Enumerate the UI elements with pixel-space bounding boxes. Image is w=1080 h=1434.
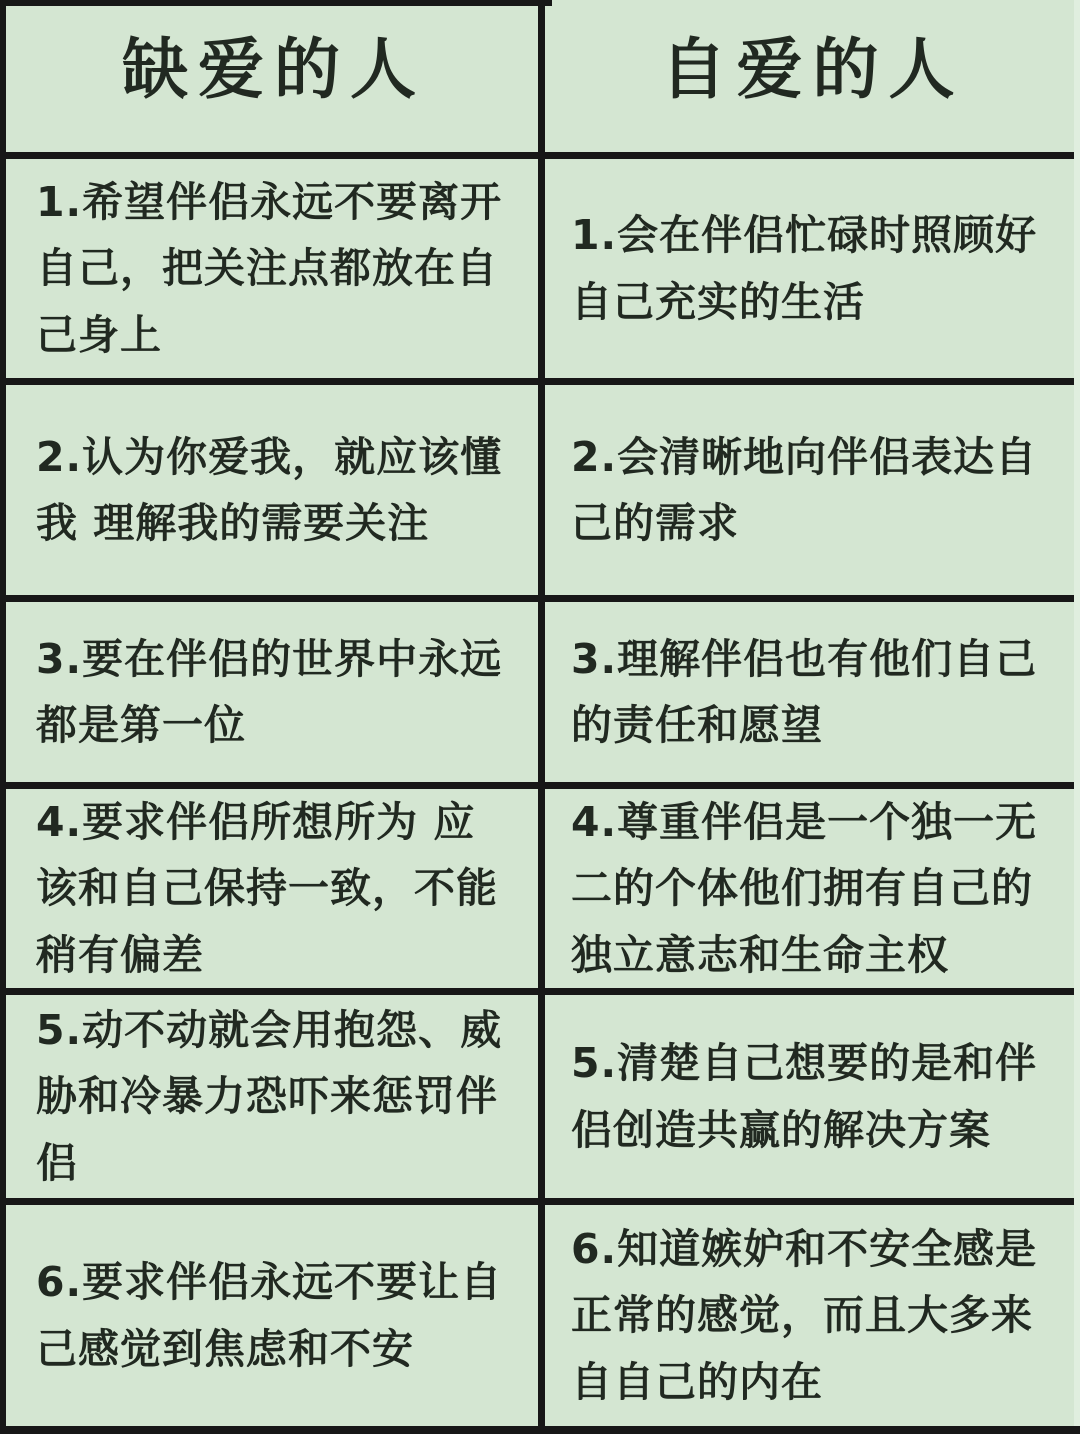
table-row-1: 1.希望伴侣永远不要离开自己，把关注点都放在自己身上 1.会在伴侣忙碌时照顾好自… [6, 152, 1080, 378]
cell-self-love-2: 2.会清晰地向伴侣表达自己的需求 [545, 385, 1080, 595]
cell-lacking-love-6-text: 6.要求伴侣永远不要让自己感觉到焦虑和不安 [36, 1249, 512, 1382]
cell-self-love-6: 6.知道嫉妒和不安全感是正常的感觉，而且大多来自自己的内在 [545, 1205, 1080, 1426]
cell-self-love-2-text: 2.会清晰地向伴侣表达自己的需求 [571, 424, 1054, 557]
cell-lacking-love-2: 2.认为你爱我，就应该懂我 理解我的需要关注 [6, 385, 545, 595]
cell-lacking-love-5: 5.动不动就会用抱怨、威胁和冷暴力恐吓来惩罚伴侣 [6, 995, 545, 1198]
table-row-5: 5.动不动就会用抱怨、威胁和冷暴力恐吓来惩罚伴侣 5.清楚自己想要的是和伴侣创造… [6, 988, 1080, 1198]
top-border-rule [6, 0, 552, 6]
table-row-2: 2.认为你爱我，就应该懂我 理解我的需要关注 2.会清晰地向伴侣表达自己的需求 [6, 378, 1080, 595]
cell-lacking-love-6: 6.要求伴侣永远不要让自己感觉到焦虑和不安 [6, 1205, 545, 1426]
cell-self-love-5: 5.清楚自己想要的是和伴侣创造共赢的解决方案 [545, 995, 1080, 1198]
cell-lacking-love-5-text: 5.动不动就会用抱怨、威胁和冷暴力恐吓来惩罚伴侣 [36, 997, 512, 1196]
cell-self-love-1-text: 1.会在伴侣忙碌时照顾好自己充实的生活 [571, 202, 1054, 335]
column-header-self-love: 自爱的人 [545, 0, 1080, 152]
header-row: 缺爱的人 自爱的人 [6, 0, 1080, 152]
cell-lacking-love-3: 3.要在伴侣的世界中永远都是第一位 [6, 602, 545, 782]
cell-self-love-4-text: 4.尊重伴侣是一个独一无二的个体他们拥有自己的独立意志和生命主权 [571, 789, 1054, 988]
table-row-6: 6.要求伴侣永远不要让自己感觉到焦虑和不安 6.知道嫉妒和不安全感是正常的感觉，… [6, 1198, 1080, 1426]
column-header-lacking-love: 缺爱的人 [6, 0, 545, 152]
cell-self-love-6-text: 6.知道嫉妒和不安全感是正常的感觉，而且大多来自自己的内在 [571, 1216, 1054, 1415]
cell-self-love-4: 4.尊重伴侣是一个独一无二的个体他们拥有自己的独立意志和生命主权 [545, 789, 1080, 988]
cell-self-love-1: 1.会在伴侣忙碌时照顾好自己充实的生活 [545, 159, 1080, 378]
column-header-lacking-love-label: 缺爱的人 [122, 17, 426, 124]
column-header-self-love-label: 自爱的人 [661, 17, 965, 124]
cell-self-love-3-text: 3.理解伴侣也有他们自己的责任和愿望 [571, 626, 1054, 759]
cell-self-love-3: 3.理解伴侣也有他们自己的责任和愿望 [545, 602, 1080, 782]
cell-lacking-love-3-text: 3.要在伴侣的世界中永远都是第一位 [36, 626, 512, 759]
cell-lacking-love-4-text: 4.要求伴侣所想所为 应该和自己保持一致，不能稍有偏差 [36, 789, 512, 988]
cell-lacking-love-1-text: 1.希望伴侣永远不要离开自己，把关注点都放在自己身上 [36, 169, 512, 368]
comparison-infographic: 缺爱的人 自爱的人 1.希望伴侣永远不要离开自己，把关注点都放在自己身上 1.会… [0, 0, 1080, 1434]
cell-self-love-5-text: 5.清楚自己想要的是和伴侣创造共赢的解决方案 [571, 1030, 1054, 1163]
comparison-table: 缺爱的人 自爱的人 1.希望伴侣永远不要离开自己，把关注点都放在自己身上 1.会… [6, 0, 1080, 1426]
right-edge-strip [1074, 0, 1080, 1426]
cell-lacking-love-4: 4.要求伴侣所想所为 应该和自己保持一致，不能稍有偏差 [6, 789, 545, 988]
table-row-4: 4.要求伴侣所想所为 应该和自己保持一致，不能稍有偏差 4.尊重伴侣是一个独一无… [6, 782, 1080, 988]
table-row-3: 3.要在伴侣的世界中永远都是第一位 3.理解伴侣也有他们自己的责任和愿望 [6, 595, 1080, 782]
cell-lacking-love-1: 1.希望伴侣永远不要离开自己，把关注点都放在自己身上 [6, 159, 545, 378]
cell-lacking-love-2-text: 2.认为你爱我，就应该懂我 理解我的需要关注 [36, 424, 512, 557]
